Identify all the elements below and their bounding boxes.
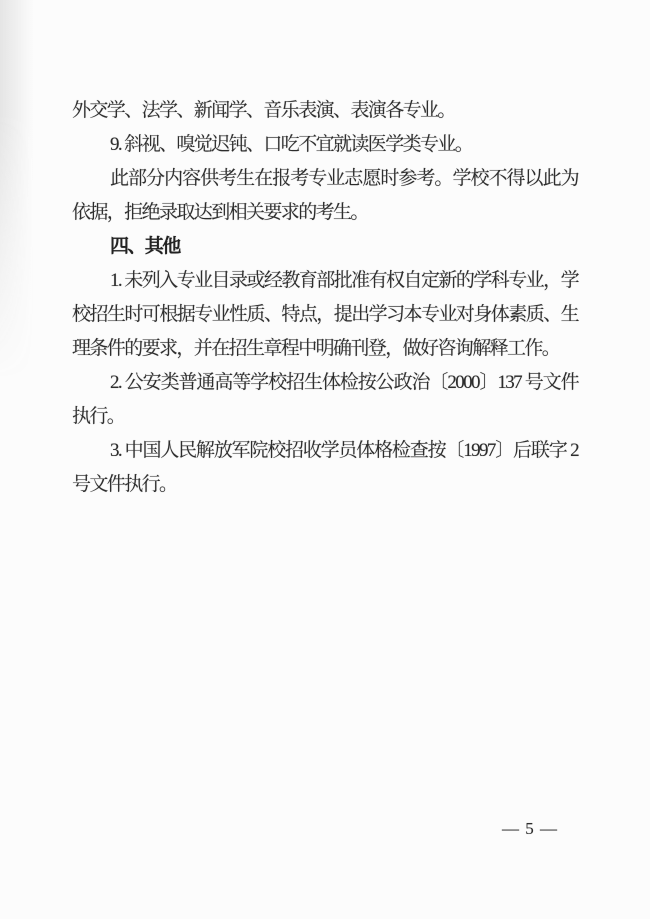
- body-paragraph-note: 此部分内容供考生在报考专业志愿时参考。学校不得以此为依据，拒绝录取达到相关要求的…: [72, 162, 578, 230]
- section-heading-other: 四、其他: [72, 230, 578, 264]
- scan-edge-shadow: [0, 0, 34, 380]
- body-paragraph-item-1: 1. 未列入专业目录或经教育部批准有权自定新的学科专业，学校招生时可根据专业性质…: [72, 264, 578, 366]
- document-text-block: 外交学、法学、新闻学、音乐表演、表演各专业。 9. 斜视、嗅觉迟钝、口吃不宜就读…: [72, 94, 578, 502]
- document-page: { "doc": { "paragraphs": [ { "style": "c…: [0, 0, 650, 919]
- body-paragraph-continuation: 外交学、法学、新闻学、音乐表演、表演各专业。: [72, 94, 578, 128]
- body-paragraph-item-9: 9. 斜视、嗅觉迟钝、口吃不宜就读医学类专业。: [72, 128, 578, 162]
- body-paragraph-item-2: 2. 公安类普通高等学校招生体检按公政治〔2000〕137 号文件执行。: [72, 366, 578, 434]
- page-number: — 5 —: [502, 818, 558, 840]
- body-paragraph-item-3: 3. 中国人民解放军院校招收学员体格检查按〔1997〕后联字 2 号文件执行。: [72, 434, 578, 502]
